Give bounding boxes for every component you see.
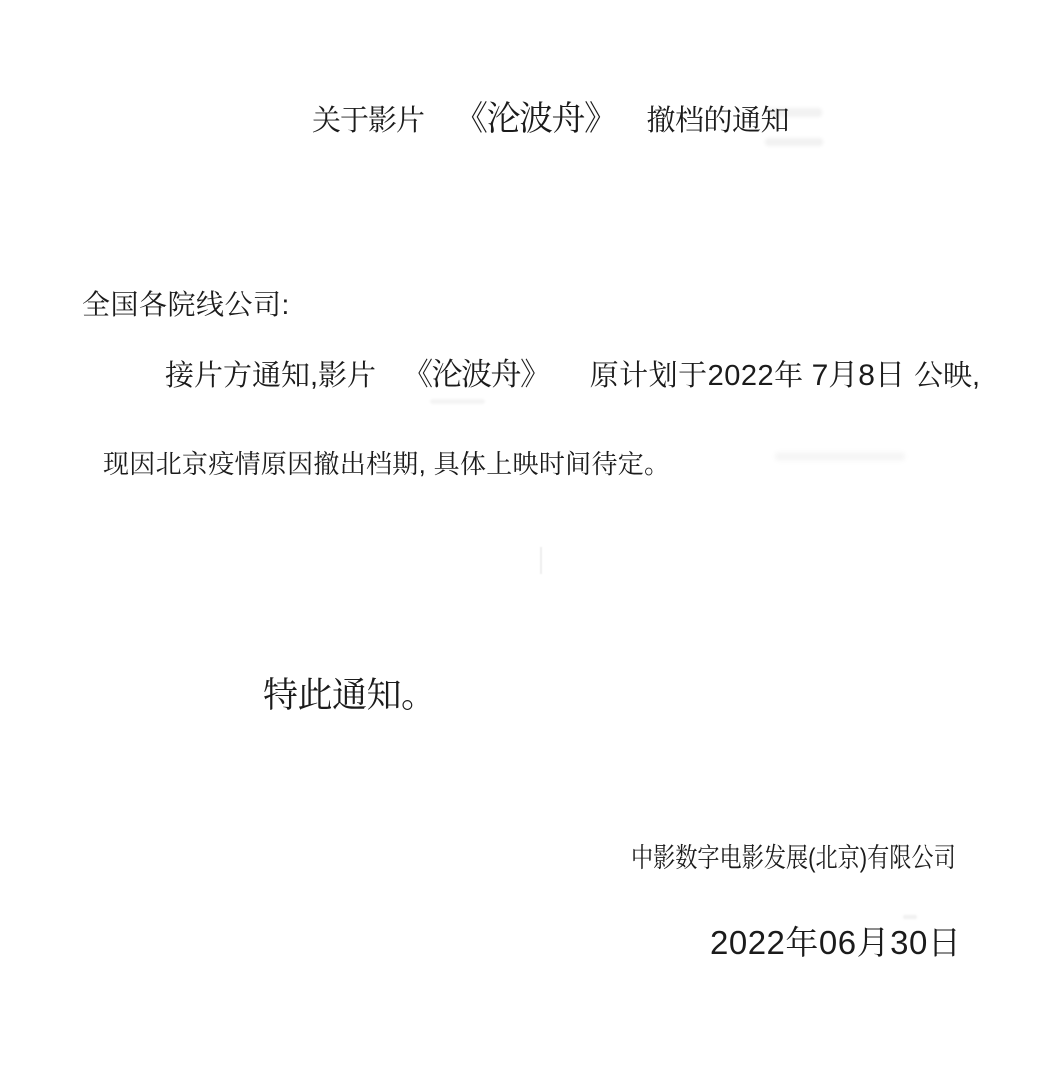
film-title-body: 《沦波舟》 <box>402 357 550 392</box>
scan-smudge <box>775 452 905 461</box>
notice-title-suffix: 撤档的通知 <box>647 105 790 137</box>
body-line-2: 现因北京疫情原因撤出档期, 具体上映时间待定。 <box>103 450 670 480</box>
scan-smudge <box>430 399 485 404</box>
scan-line-artifact <box>540 547 542 574</box>
release-date-original: 7月8日 <box>812 359 905 392</box>
body-line-1-seg5: 公映, <box>914 360 980 392</box>
scan-smudge <box>903 915 917 919</box>
closing-statement: 特此通知。 <box>263 676 436 716</box>
salutation: 全国各院线公司: <box>82 289 290 321</box>
scan-smudge <box>765 138 823 146</box>
body-line-1-seg1: 接片方通知,影片 <box>165 360 376 392</box>
film-title: 《沦波舟》 <box>454 100 617 138</box>
signature-company: 中影数字电影发展(北京)有限公司 <box>631 843 956 874</box>
notice-title-prefix: 关于影片 <box>312 105 424 137</box>
notice-title: 关于影片《沦波舟》撤档的通知 <box>312 100 789 139</box>
body-line-1-seg3: 原计划于2022年 <box>590 360 804 392</box>
signature-date: 2022年06月30日 <box>710 924 961 962</box>
notice-document: 关于影片《沦波舟》撤档的通知 全国各院线公司: 接片方通知,影片《沦波舟》原计划… <box>0 0 1043 1082</box>
body-line-1: 接片方通知,影片《沦波舟》原计划于2022年7月8日公映, <box>165 357 980 394</box>
